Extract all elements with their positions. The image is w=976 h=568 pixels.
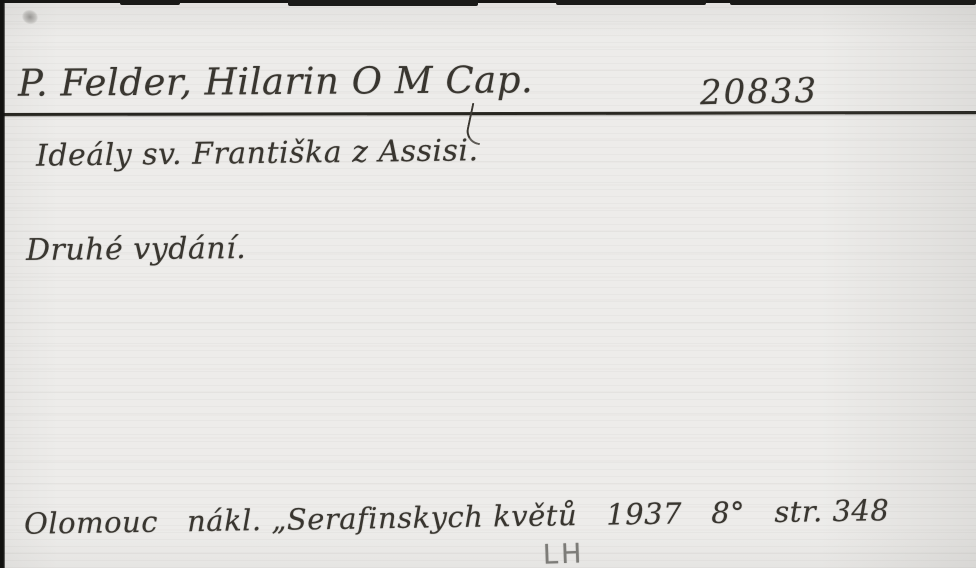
- scan-edge-top-segment: [556, 0, 706, 5]
- edition-note: Druhé vydání.: [26, 231, 247, 268]
- catalog-number: 20833: [700, 71, 819, 113]
- scan-edge-top-segment: [120, 0, 180, 5]
- scan-edge-top-segment: [288, 0, 478, 6]
- title-line: Ideály sv. Františka z Assisi.: [36, 133, 479, 173]
- ink-smudge: [20, 8, 40, 27]
- pencil-initials: LH: [542, 538, 584, 568]
- catalog-card-scan: P. Felder, Hilarin O M Cap. 20833 Ideály…: [0, 0, 976, 568]
- scan-edge-left: [0, 0, 5, 568]
- ruled-line: [0, 111, 976, 116]
- author-heading: P. Felder, Hilarin O M Cap.: [18, 58, 533, 105]
- scan-edge-top-segment: [730, 0, 976, 5]
- imprint-line: Olomouc nákl. „Serafinskych květů 1937 8…: [24, 493, 890, 541]
